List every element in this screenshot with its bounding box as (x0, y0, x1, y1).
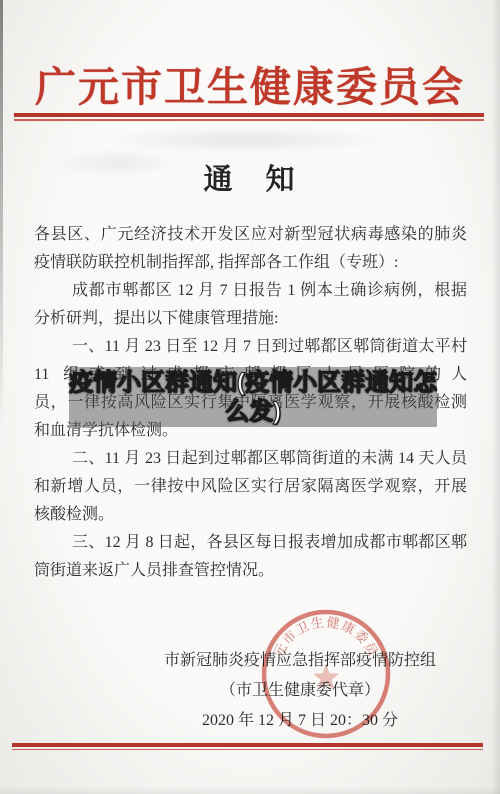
doc-title: 通 知 (0, 157, 500, 198)
caption-line: 么发) (58, 397, 448, 426)
org-name: 广元市卫生健康委员会 (0, 54, 500, 113)
document-photo: { "header": { "org_name": "广元市卫生健康委员会", … (0, 0, 500, 794)
body-line: 一、11 月 23 日至 12 月 7 日到过郫都区郫筒街道太平村 (34, 333, 467, 361)
red-divider-bottom (12, 743, 483, 750)
body-line: 三、12 月 8 日起，各县区每日报表增加成都市郫都区郫 (34, 529, 467, 557)
body-line: 核酸检测。 (34, 501, 467, 529)
caption-overlay-text: 疫情小区群通知(疫情小区群通知怎 么发) (58, 368, 448, 426)
body-line: 各县区、广元经济技术开发区应对新型冠状病毒感染的肺炎 (34, 221, 467, 249)
body-line: 二、11 月 23 日起到过郫都区郫筒街道的未满 14 天人员 (34, 445, 467, 473)
seal-star-icon (313, 664, 340, 689)
red-divider-top (14, 113, 484, 121)
body-line: 和新增人员，一律按中风险区实行居家隔离医学观察，开展 (34, 473, 467, 501)
body-line: 筒街道来返广人员排查管控情况。 (34, 557, 467, 585)
body-line: 成都市郫都区 12 月 7 日报告 1 例本土确诊病例，根据 (34, 277, 467, 305)
body-line: 分析研判，提出以下健康管理措施: (34, 305, 467, 333)
body-line: 疫情联防联控机制指挥部, 指挥部各工作组（专班）: (34, 249, 467, 277)
caption-line: 疫情小区群通知(疫情小区群通知怎 (58, 368, 448, 397)
official-seal-stamp: 广元市卫生健康委员会 (256, 604, 396, 744)
